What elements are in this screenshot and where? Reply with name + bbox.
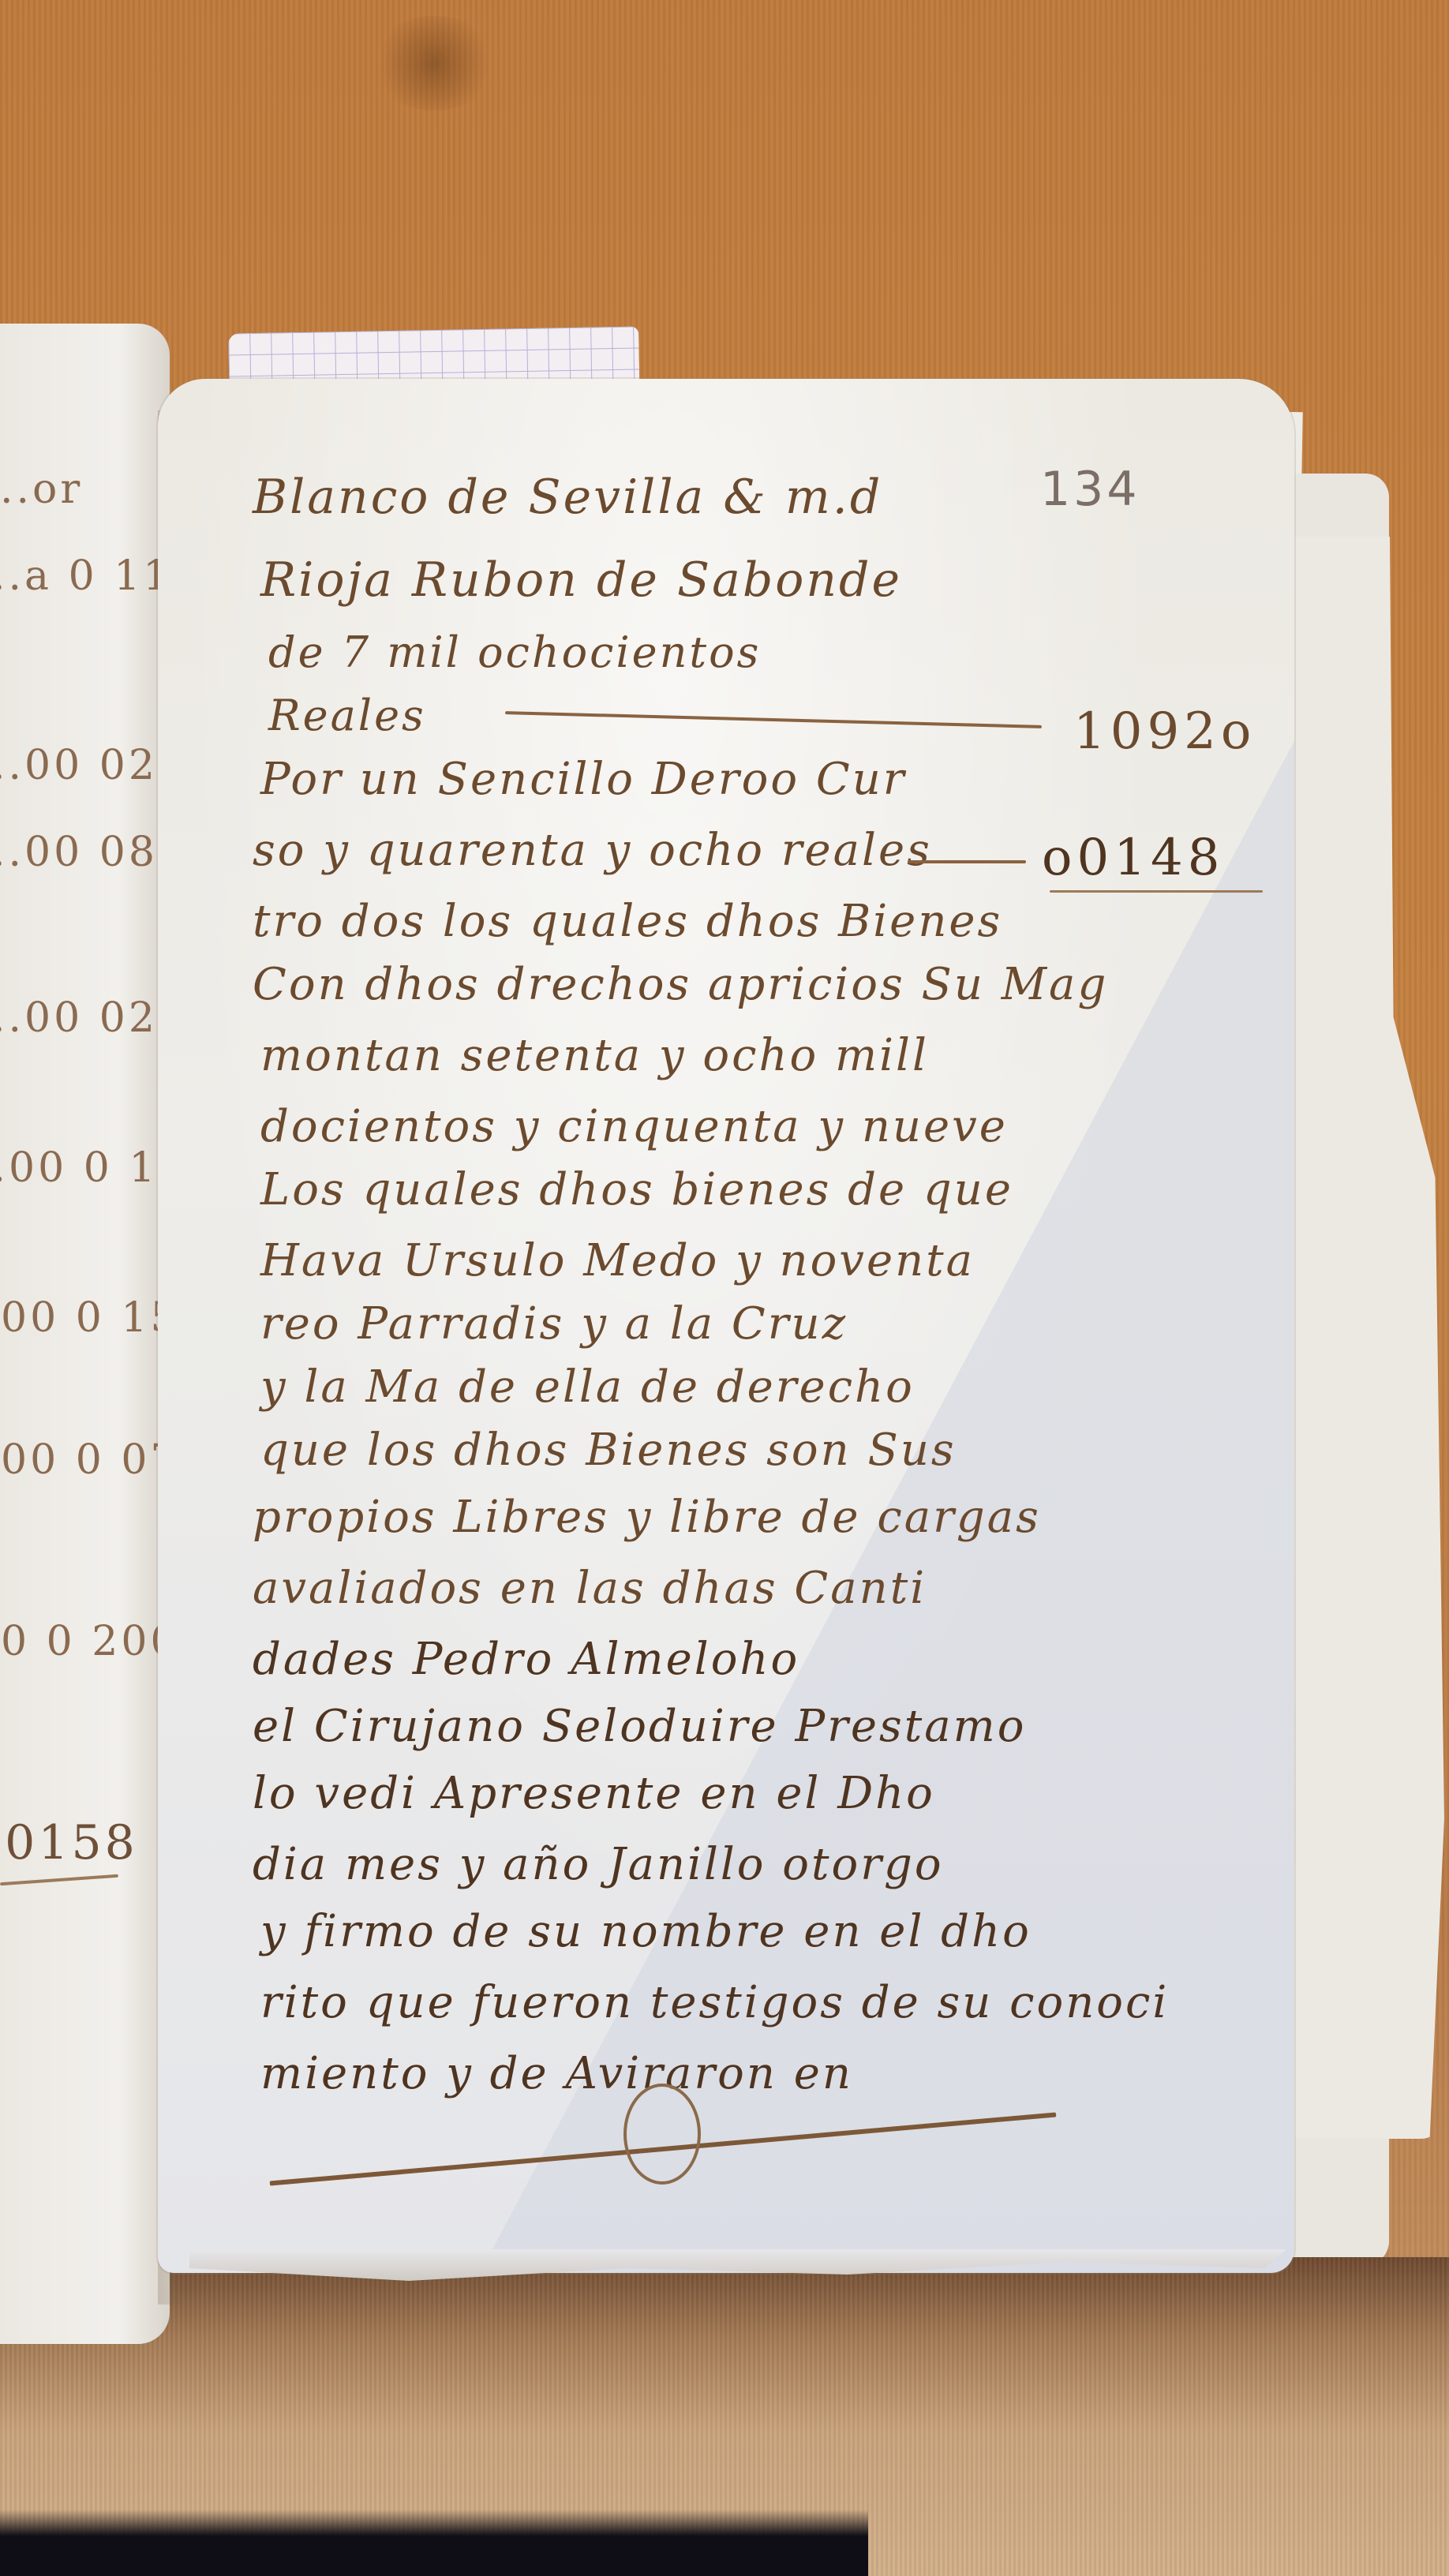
left-fragment: ..0158 <box>0 1815 138 1870</box>
dark-shadow <box>0 2510 868 2576</box>
body-line: y firmo de su nombre en el dho <box>260 1910 1032 1954</box>
body-line: reo Parradis y a la Cruz <box>260 1302 848 1346</box>
body-line: montan setenta y ocho mill <box>260 1034 929 1078</box>
background-stain <box>371 16 497 110</box>
heading-line: Rioja Rubon de Sabonde <box>260 556 902 604</box>
total-underline <box>1050 890 1263 893</box>
left-page: ..or ..a 0 11.. ..00 02.. ..00 08 ..00 0… <box>0 324 170 2344</box>
body-line: Por un Sencillo Deroo Cur <box>260 758 907 802</box>
body-line: avaliados en las dhas Canti <box>253 1567 927 1611</box>
signature-rubric <box>623 2084 701 2185</box>
body-line: dia mes y año Janillo otorgo <box>253 1843 944 1887</box>
body-line: tro dos los quales dhos Bienes <box>253 900 1002 944</box>
heading-line: de 7 mil ochocientos <box>268 631 761 674</box>
body-line: Con dhos drechos apricios Su Mag <box>253 963 1108 1007</box>
body-total-rule <box>908 860 1026 863</box>
body-line: lo vedi Apresente en el Dho <box>253 1772 935 1816</box>
body-line: el Cirujano Seloduire Prestamo <box>253 1705 1026 1749</box>
body-line: y la Ma de ella de derecho <box>260 1365 915 1410</box>
left-fragment: ..00 08 <box>0 829 158 876</box>
left-fragment: ..or <box>0 466 83 513</box>
heading-line: Blanco de Sevilla & m.d <box>253 474 882 521</box>
heading-line: Reales <box>268 695 426 737</box>
body-line: rito que fueron testigos de su conoci <box>260 1981 1169 2025</box>
body-line: propios Libres y libre de cargas <box>253 1496 1041 1540</box>
body-line: docientos y cinquenta y nueve <box>260 1105 1008 1149</box>
body-line: Hava Ursulo Medo y noventa <box>260 1239 975 1283</box>
heading-total-amount: 1092o <box>1073 702 1256 761</box>
body-line: dades Pedro Almeloho <box>253 1638 799 1682</box>
body-line: so y quarenta y ocho reales <box>253 829 932 873</box>
body-line: miento y de Aviraron en <box>260 2052 853 2096</box>
body-total-amount: o0148 <box>1042 829 1224 887</box>
folio-number: 134 <box>1040 462 1140 517</box>
body-line: que los dhos Bienes son Sus <box>260 1428 957 1473</box>
left-fragment: ..0 0 200 <box>0 1618 180 1665</box>
left-rule <box>0 1874 118 1885</box>
body-line: Los quales dhos bienes de que <box>260 1168 1013 1212</box>
